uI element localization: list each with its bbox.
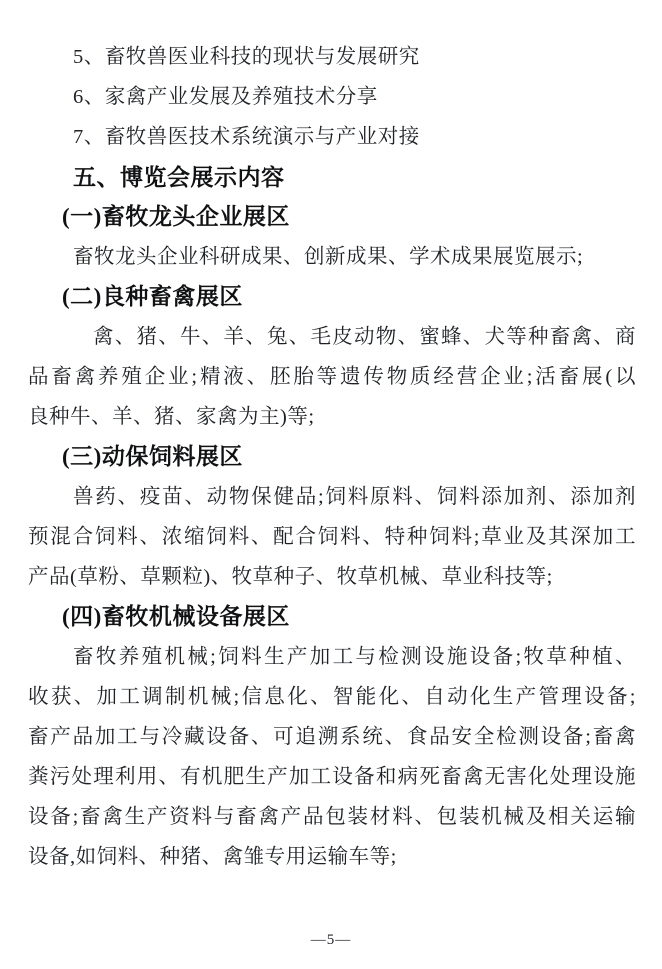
paragraph-line: 畜产品加工与冷藏设备、可追溯系统、食品安全检测设备;畜禽 (28, 717, 636, 757)
paragraph-line: 品畜禽养殖企业;精液、胚胎等遗传物质经营企业;活畜展(以 (28, 357, 636, 397)
page-number: —5— (0, 931, 662, 949)
paragraph-line: 产品(草粉、草颗粒)、牧草种子、牧草机械、草业科技等; (28, 557, 636, 597)
paragraph-first-line: 畜牧龙头企业科研成果、创新成果、学术成果展览展示; (28, 237, 636, 277)
list-item-line: 6、家禽产业发展及养殖技术分享 (28, 77, 636, 117)
list-item-line: 7、畜牧兽医技术系统演示与产业对接 (28, 117, 636, 157)
document-page: 5、畜牧兽医业科技的现状与发展研究6、家禽产业发展及养殖技术分享7、畜牧兽医技术… (0, 0, 662, 969)
paragraph-line: 设备;畜禽生产资料与畜禽产品包装材料、包装机械及相关运输 (28, 797, 636, 837)
section-heading-sub: (一)畜牧龙头企业展区 (28, 197, 636, 237)
paragraph-line: 设备,如饲料、种猪、禽雏专用运输车等; (28, 837, 636, 877)
paragraph-first-line: 兽药、疫苗、动物保健品;饲料原料、饲料添加剂、添加剂 (28, 477, 636, 517)
section-heading-sub: (四)畜牧机械设备展区 (28, 597, 636, 637)
section-heading-sub: (二)良种畜禽展区 (28, 277, 636, 317)
list-item-line: 5、畜牧兽医业科技的现状与发展研究 (28, 37, 636, 77)
document-body: 5、畜牧兽医业科技的现状与发展研究6、家禽产业发展及养殖技术分享7、畜牧兽医技术… (28, 37, 636, 877)
paragraph-line: 粪污处理利用、有机肥生产加工设备和病死畜禽无害化处理设施 (28, 757, 636, 797)
paragraph-line: 预混合饲料、浓缩饲料、配合饲料、特种饲料;草业及其深加工 (28, 517, 636, 557)
paragraph-first-line: 畜牧养殖机械;饲料生产加工与检测设施设备;牧草种植、 (28, 637, 636, 677)
section-heading-sub: (三)动保饲料展区 (28, 437, 636, 477)
paragraph-first-line: 禽、猪、牛、羊、兔、毛皮动物、蜜蜂、犬等种畜禽、商 (28, 317, 636, 357)
paragraph-line: 收获、加工调制机械;信息化、智能化、自动化生产管理设备; (28, 677, 636, 717)
section-heading-main: 五、博览会展示内容 (28, 157, 636, 197)
paragraph-line: 良种牛、羊、猪、家禽为主)等; (28, 397, 636, 437)
